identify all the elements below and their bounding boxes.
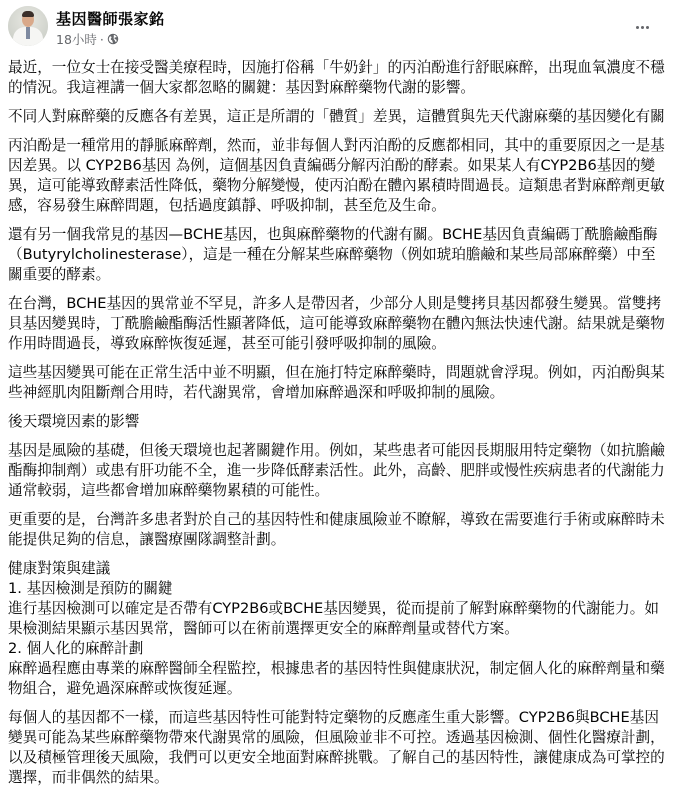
advice-item-body: 麻醉過程應由專業的麻醉醫師全程監控，根據患者的基因特性與健康狀況，制定個人化的麻… [8, 659, 665, 699]
advice-item-title: 1. 基因檢測是預防的關鍵 [8, 579, 665, 599]
advice-item-title: 2. 個人化的麻醉計劃 [8, 639, 665, 659]
post-meta: 18小時 · [56, 30, 119, 48]
avatar[interactable] [8, 6, 48, 46]
meta-separator: · [100, 32, 104, 47]
paragraph-awareness: 更重要的是，台灣許多患者對於自己的基因特性和健康風險並不瞭解，導致在需要進行手術… [8, 510, 665, 550]
advice-section: 健康對策與建議 1. 基因檢測是預防的關鍵 進行基因檢測可以確定是否帶有CYP2… [8, 559, 665, 699]
post-header: 基因醫師張家銘 18小時 · [0, 0, 673, 52]
paragraph-variants: 這些基因變異可能在正常生活中並不明顯，但在施打特定麻醉藥時，問題就會浮現。例如，… [8, 363, 665, 403]
paragraph-environment: 基因是風險的基礎，但後天環境也起著關鍵作用。例如，某些患者可能因長期服用特定藥物… [8, 441, 665, 501]
post-timestamp[interactable]: 18小時 [56, 30, 97, 48]
advice-item-body: 進行基因檢測可以確定是否帶有CYP2B6或BCHE基因變異，從而提前了解對麻醉藥… [8, 599, 665, 639]
advice-heading: 健康對策與建議 [8, 559, 665, 579]
heading-environment: 後天環境因素的影響 [8, 412, 665, 432]
post-body: 最近，一位女士在接受醫美療程時，因施打俗稱「牛奶針」的丙泊酚進行舒眠麻醉，出現血… [0, 52, 673, 788]
paragraph-propofol-cyp2b6: 丙泊酚是一種常用的靜脈麻醉劑，然而，並非每個人對丙泊酚的反應都相同，其中的重要原… [8, 136, 665, 216]
paragraph-taiwan-bche: 在台灣，BCHE基因的異常並不罕見，許多人是帶因者，少部分人則是雙拷貝基因都發生… [8, 294, 665, 354]
globe-icon[interactable] [107, 33, 119, 45]
facebook-post: 基因醫師張家銘 18小時 · 最近，一位女士在接受醫美療程時，因施打俗稱「牛奶針… [0, 0, 673, 788]
paragraph-intro: 最近，一位女士在接受醫美療程時，因施打俗稱「牛奶針」的丙泊酚進行舒眠麻醉，出現血… [8, 58, 665, 98]
paragraph-constitution: 不同人對麻醉藥的反應各有差異，這正是所謂的「體質」差異，這體質與先天代謝麻藥的基… [8, 107, 665, 127]
more-options-icon[interactable] [631, 20, 653, 34]
author-name[interactable]: 基因醫師張家銘 [56, 8, 165, 29]
paragraph-bche: 還有另一個我常見的基因—BCHE基因，也與麻醉藥物的代謝有關。BCHE基因負責編… [8, 225, 665, 285]
paragraph-conclusion: 每個人的基因都不一樣，而這些基因特性可能對特定藥物的反應產生重大影響。CYP2B… [8, 708, 665, 788]
